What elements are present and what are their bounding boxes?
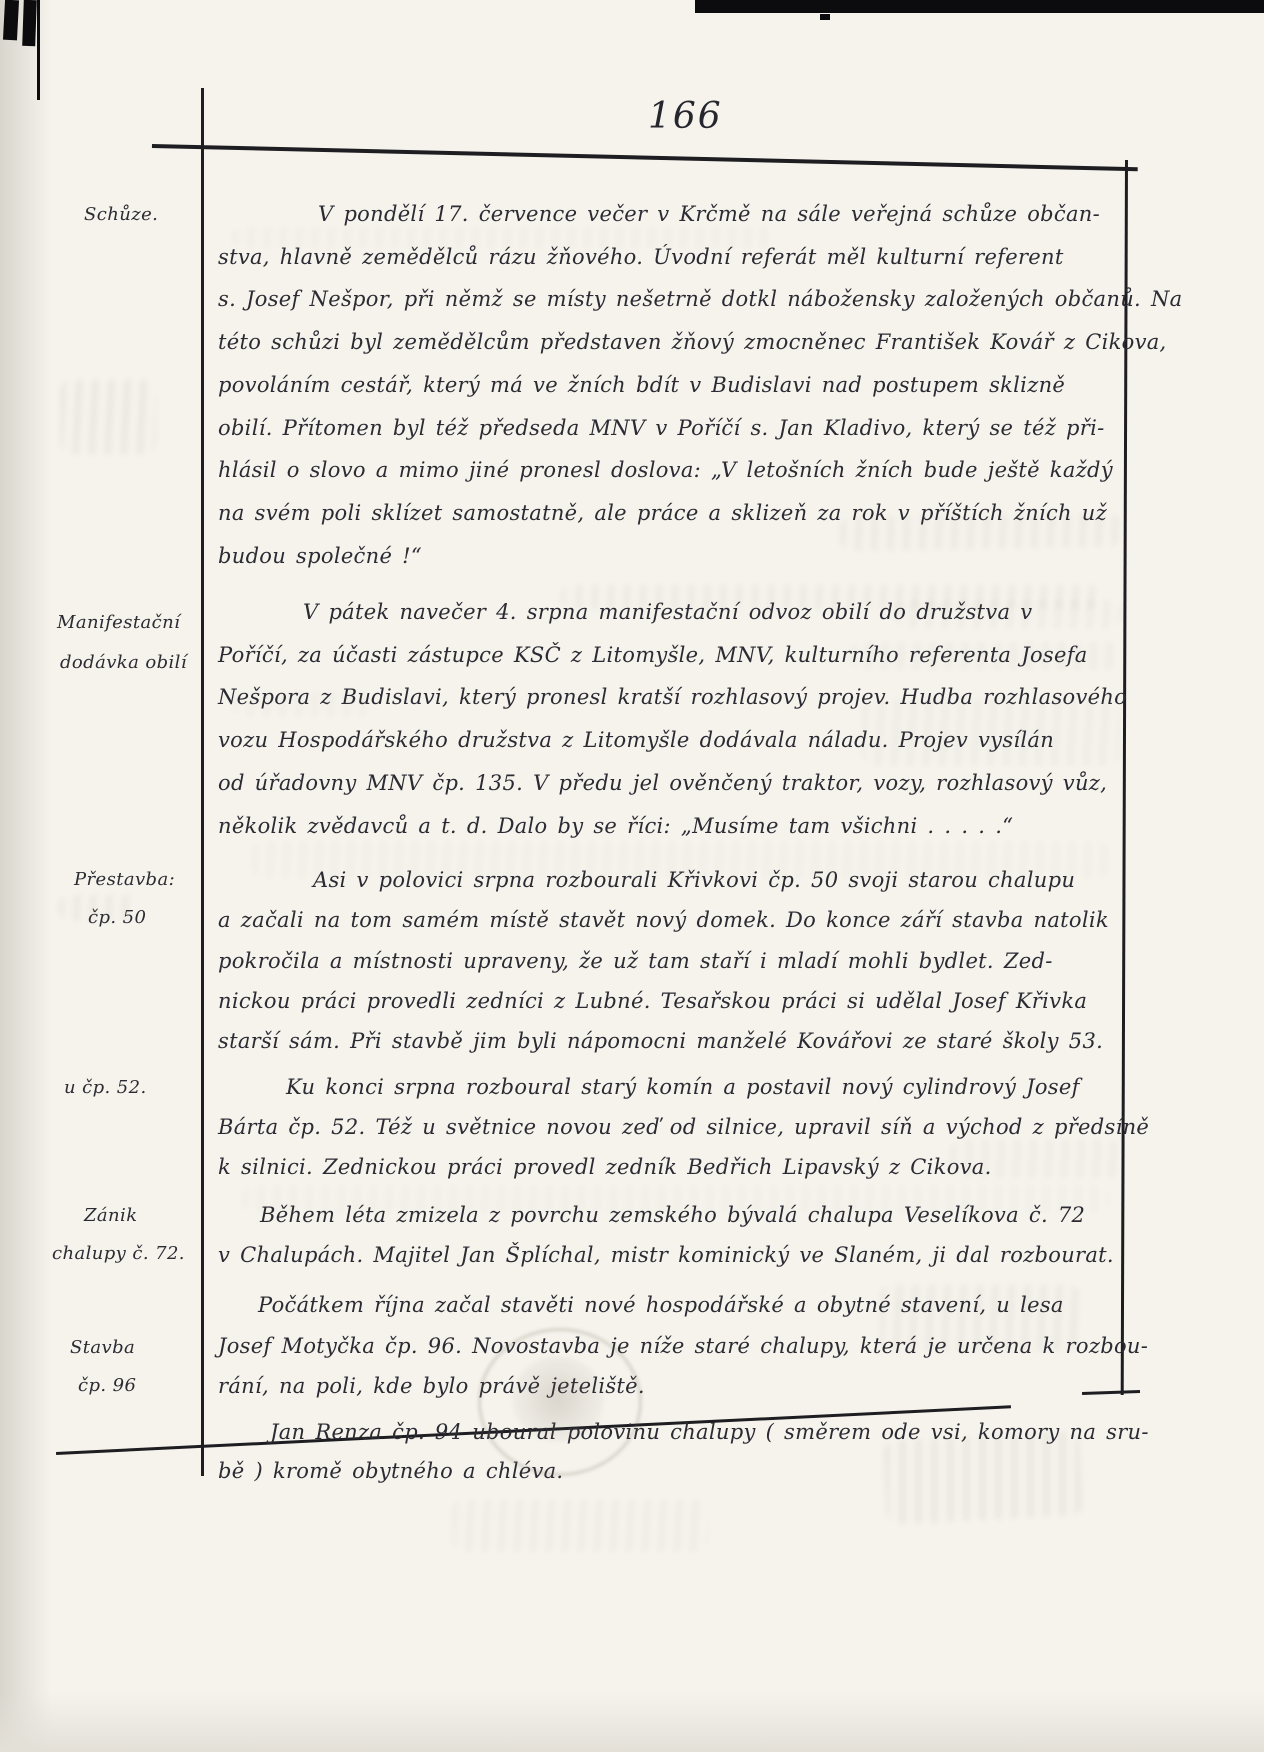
bleedthrough-smudge — [950, 1140, 1120, 1178]
bleedthrough-smudge — [60, 380, 156, 454]
text-line: stva, hlavně zemědělců rázu žňového. Úvo… — [218, 245, 1064, 269]
bleedthrough-smudge — [840, 513, 1121, 552]
text-line: hlásil o slovo a mimo jiné pronesl doslo… — [218, 458, 1113, 482]
bleedthrough-smudge — [850, 642, 1118, 670]
text-line: od úřadovny MNV čp. 135. V předu jel ově… — [218, 771, 1107, 795]
bleedthrough-smudge — [58, 895, 138, 921]
scanned-chronicle-page: { "page_number": "166", "sections": [ { … — [0, 0, 1264, 1752]
margin-note: Stavba — [70, 1337, 135, 1358]
text-line: V pondělí 17. července večer v Krčmě na … — [318, 202, 1100, 226]
text-line: k silnici. Zednickou práci provedl zední… — [218, 1155, 992, 1179]
margin-note: u čp. 52. — [64, 1077, 147, 1098]
bleedthrough-smudge — [252, 842, 1110, 878]
margin-note: Schůze. — [84, 204, 158, 225]
margin-note: čp. 96 — [78, 1375, 136, 1396]
text-line: s. Josef Nešpor, při němž se místy nešet… — [218, 287, 1182, 311]
text-line: několik zvědavců a t. d. Dalo by se říci… — [218, 814, 1013, 838]
margin-note: Manifestační — [57, 612, 180, 633]
scan-edge-bottom — [0, 1692, 1264, 1752]
bleedthrough-smudge — [242, 1186, 1110, 1212]
bleedthrough-smudge — [452, 1500, 708, 1552]
text-line: obilí. Přítomen byl též předseda MNV v P… — [218, 416, 1105, 440]
margin-note: Zánik — [84, 1205, 138, 1226]
text-line: budou společné !“ — [218, 544, 422, 568]
bleedthrough-smudge — [883, 1431, 1083, 1525]
text-line: Bárta čp. 52. Též u světnice novou zeď o… — [218, 1115, 1149, 1139]
header-rule — [152, 144, 1138, 171]
page-number: 166 — [648, 96, 723, 137]
text-line: starší sám. Při stavbě jim byli nápomocn… — [218, 1029, 1103, 1053]
margin-note: chalupy č. 72. — [52, 1243, 185, 1264]
scan-artifact-top-right-bar — [695, 0, 1264, 13]
text-line: a začali na tom samém místě stavět nový … — [218, 908, 1109, 932]
margin-note: Přestavba: — [74, 869, 175, 890]
scan-artifact-top-right-nub — [820, 14, 830, 20]
scan-artifact-top-left-bar-1 — [3, 0, 19, 40]
margin-note: dodávka obilí — [60, 652, 187, 673]
bleedthrough-smudge — [880, 1285, 1080, 1351]
scan-artifact-left-line — [37, 0, 40, 100]
text-line: povoláním cestář, který má ve žních bdít… — [218, 373, 1065, 397]
bottom-rule-right-segment — [1082, 1390, 1140, 1395]
bleedthrough-smudge — [232, 228, 772, 248]
bleedthrough-smudge — [895, 600, 1123, 628]
text-line: v Chalupách. Majitel Jan Šplíchal, mistr… — [218, 1243, 1114, 1267]
left-margin-rule — [201, 88, 204, 1476]
bleedthrough-smudge — [232, 692, 372, 716]
stamp-center-mark — [512, 1356, 604, 1442]
text-line: pokročila a místnosti upraveny, že už ta… — [218, 949, 1053, 973]
scan-artifact-top-left-bar-2 — [22, 0, 37, 46]
text-line: nickou práci provedli zedníci z Lubné. T… — [218, 989, 1087, 1013]
scan-edge-left — [0, 0, 52, 1752]
text-line: Ku konci srpna rozboural starý komín a p… — [286, 1075, 1080, 1099]
text-line: této schůzi byl zemědělcům představen žň… — [218, 330, 1167, 354]
bleedthrough-smudge — [862, 700, 1120, 766]
